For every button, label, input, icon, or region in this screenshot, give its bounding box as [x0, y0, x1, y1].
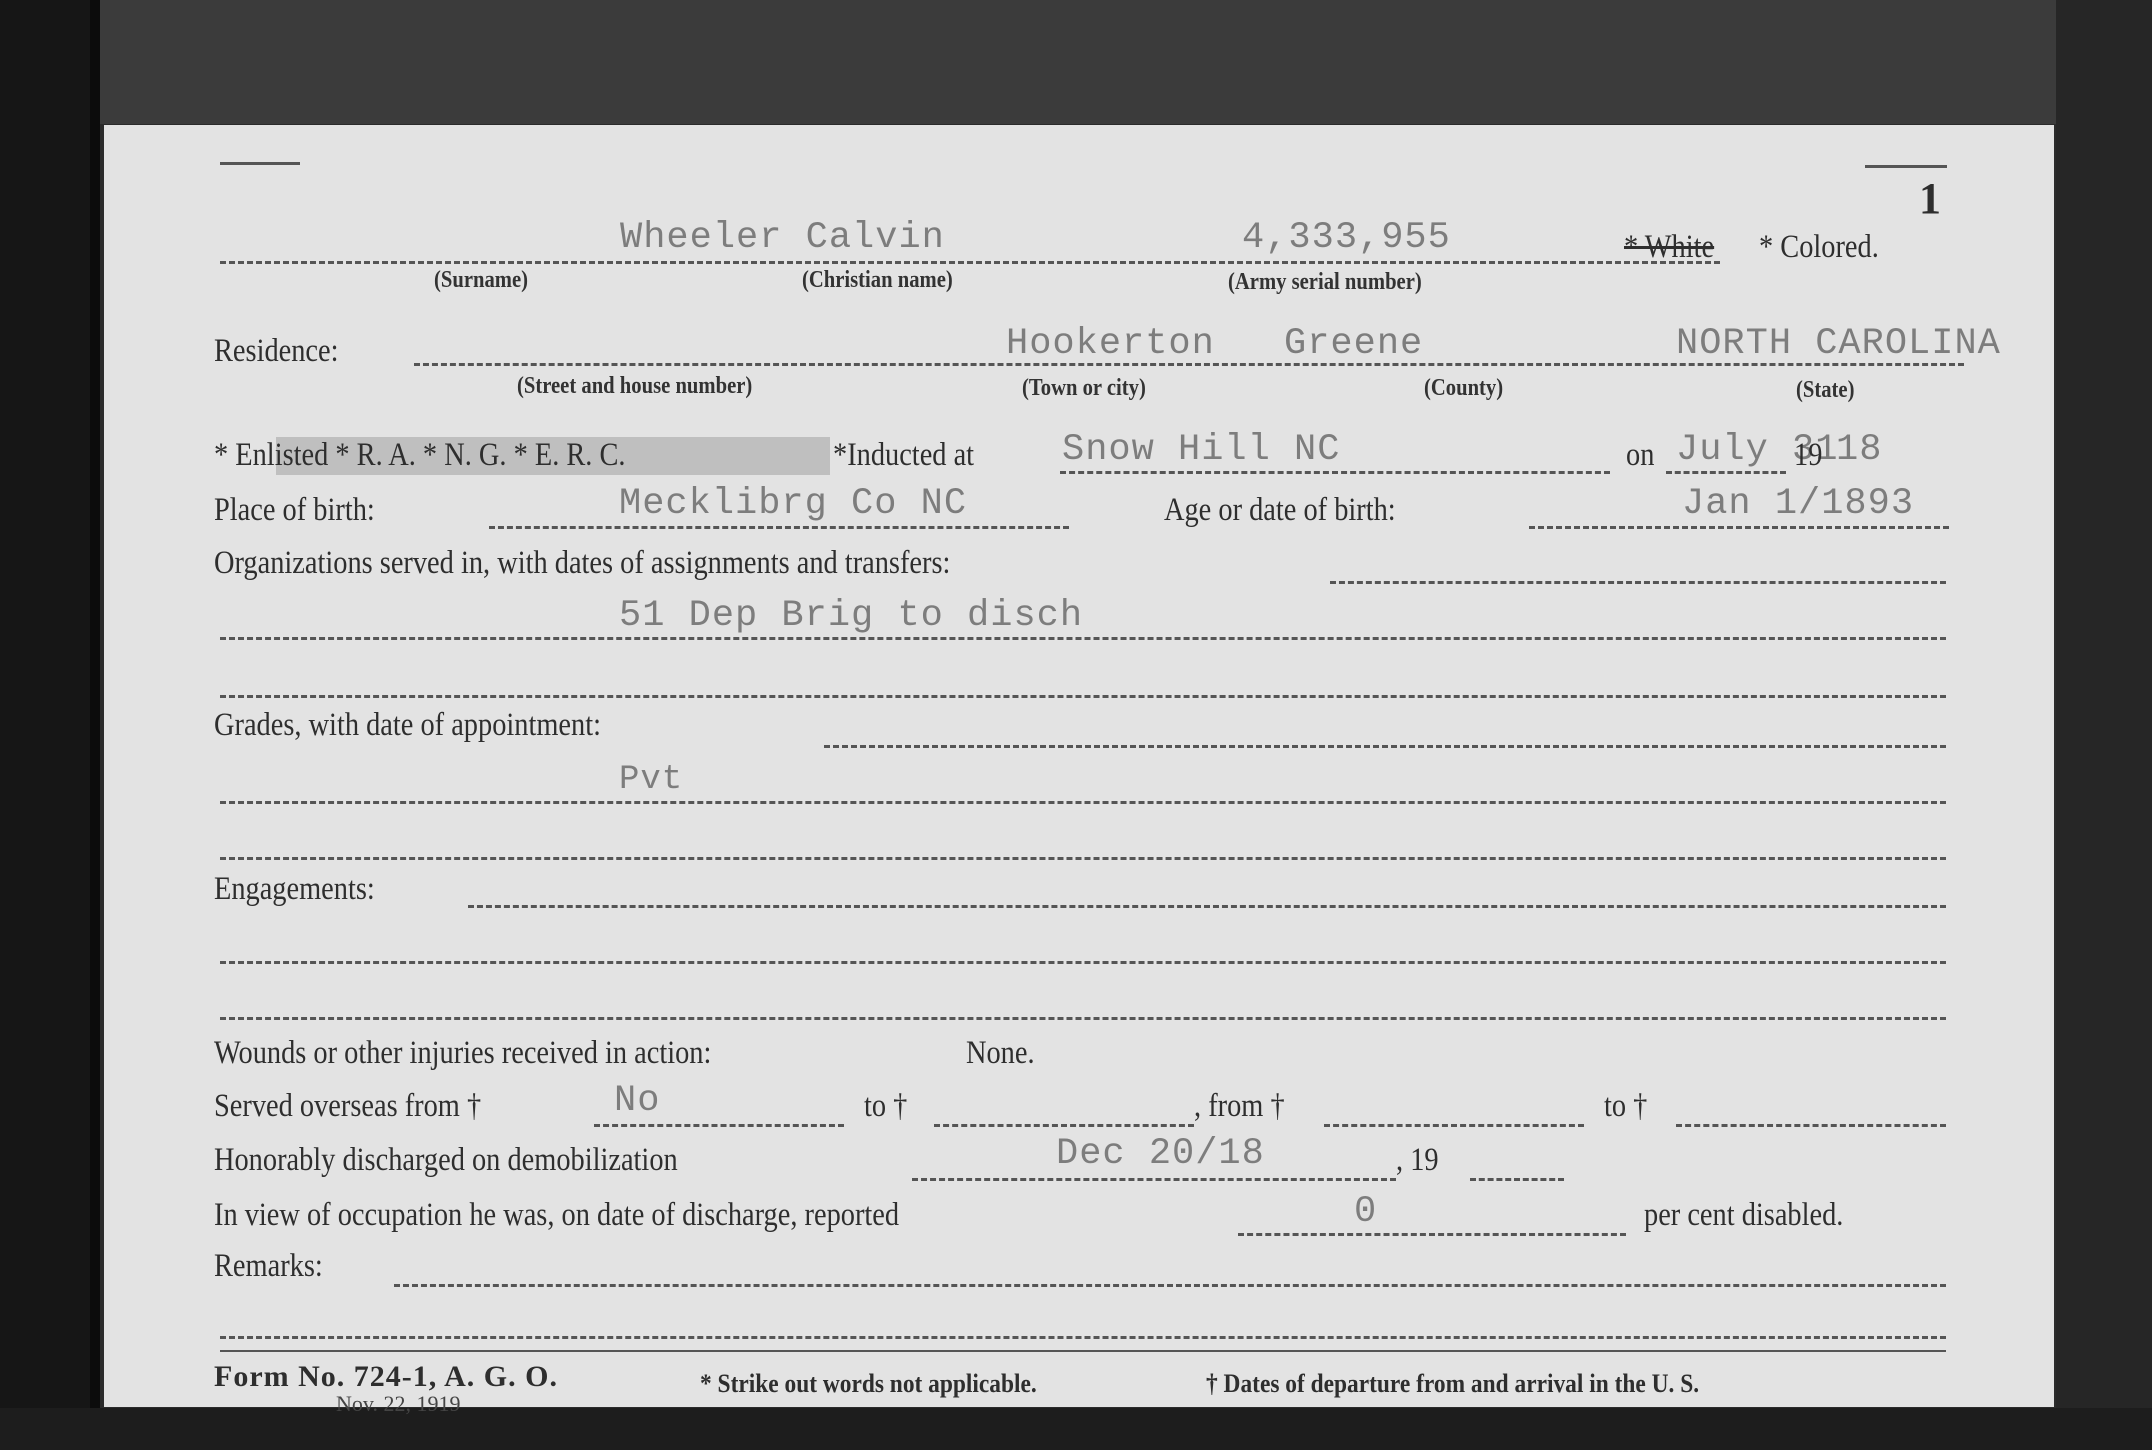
- scanner-background-top: [100, 0, 2056, 124]
- grades-line-1: [824, 745, 1946, 748]
- scanner-background-left: [0, 0, 96, 1450]
- service-record-card: 1 Wheeler Calvin 4,333,955 * White * Col…: [104, 125, 2054, 1407]
- overseas-to2-line: [1676, 1124, 1946, 1127]
- disability-value: 0: [1354, 1191, 1377, 1233]
- disability-line: [1238, 1233, 1626, 1236]
- overseas-label: Served overseas from †: [214, 1088, 481, 1125]
- wounds-label: Wounds or other injuries received in act…: [214, 1035, 711, 1072]
- top-left-rule: [220, 162, 300, 165]
- scanner-background-bottom: [0, 1408, 2152, 1450]
- overseas-from-line: [594, 1124, 844, 1127]
- inducted-year: 18: [1836, 429, 1882, 471]
- birthdate-line: [1529, 526, 1949, 529]
- organizations-line-2: [220, 637, 1946, 640]
- christian-name-label: (Christian name): [802, 267, 953, 294]
- street-label: (Street and house number): [517, 373, 752, 400]
- enlistment-options: * Enlisted * R. A. * N. G. * E. R. C.: [214, 437, 626, 474]
- name-line: [220, 261, 1720, 264]
- grades-line-2: [220, 801, 1946, 804]
- birthdate-value: Jan 1/1893: [1682, 483, 1914, 525]
- grades-label: Grades, with date of appointment:: [214, 707, 601, 744]
- discharge-date: Dec 20/18: [1056, 1133, 1265, 1175]
- state-label: (State): [1796, 377, 1854, 404]
- birthplace-label: Place of birth:: [214, 492, 375, 529]
- overseas-from2-label: , from †: [1194, 1088, 1285, 1125]
- organizations-entry: 51 Dep Brig to disch: [619, 595, 1083, 637]
- scanner-edge-left: [90, 0, 100, 1450]
- organizations-line-1: [1330, 581, 1946, 584]
- residence-label: Residence:: [214, 333, 339, 370]
- birthdate-label: Age or date of birth:: [1164, 492, 1396, 529]
- overseas-from2-line: [1324, 1124, 1584, 1127]
- grades-line-3: [220, 857, 1946, 860]
- county-label: (County): [1424, 375, 1503, 402]
- remarks-line-2: [220, 1336, 1946, 1339]
- top-right-rule: [1865, 165, 1947, 168]
- card-number: 1: [1919, 173, 1941, 224]
- serial-number: 4,333,955: [1242, 217, 1451, 259]
- form-number: Form No. 724-1, A. G. O.: [214, 1360, 558, 1394]
- residence-county: Greene: [1284, 323, 1423, 365]
- engagements-line-1: [468, 905, 1946, 908]
- disability-label: In view of occupation he was, on date of…: [214, 1197, 899, 1234]
- residence-state: NORTH CAROLINA: [1676, 323, 2001, 365]
- form-date: Nov. 22, 1919: [336, 1391, 460, 1417]
- overseas-to2-label: to †: [1604, 1088, 1647, 1125]
- disability-suffix: per cent disabled.: [1644, 1197, 1843, 1234]
- inducted-label: *Inducted at: [833, 437, 974, 474]
- overseas-to-line: [934, 1124, 1194, 1127]
- year-prefix: 19: [1794, 437, 1822, 474]
- footer-rule: [220, 1350, 1946, 1352]
- discharge-year-line: [1470, 1178, 1564, 1181]
- inducted-line: [1060, 471, 1610, 474]
- race-white-struck: * White: [1624, 229, 1714, 266]
- surname-label: (Surname): [434, 267, 528, 294]
- date-line: [1666, 471, 1786, 474]
- engagements-line-2: [220, 961, 1946, 964]
- race-colored: * Colored.: [1759, 229, 1879, 266]
- engagements-label: Engagements:: [214, 871, 375, 908]
- overseas-to-label: to †: [864, 1088, 907, 1125]
- discharge-line: [912, 1178, 1396, 1181]
- organizations-label: Organizations served in, with dates of a…: [214, 545, 950, 582]
- birthplace-line: [489, 526, 1069, 529]
- on-label: on: [1626, 437, 1654, 474]
- organizations-line-3: [220, 695, 1946, 698]
- serial-label: (Army serial number): [1228, 269, 1422, 296]
- inducted-place: Snow Hill NC: [1062, 429, 1340, 471]
- remarks-line-1: [394, 1284, 1946, 1287]
- typed-name: Wheeler Calvin: [620, 217, 945, 259]
- engagements-line-3: [220, 1017, 1946, 1020]
- town-label: (Town or city): [1022, 375, 1146, 402]
- wounds-value: None.: [966, 1035, 1035, 1072]
- discharge-year-label: , 19: [1396, 1142, 1439, 1179]
- residence-town: Hookerton: [1006, 323, 1215, 365]
- birthplace-value: Mecklibrg Co NC: [619, 483, 967, 525]
- discharge-label: Honorably discharged on demobilization: [214, 1142, 678, 1179]
- scanner-background-right: [2056, 0, 2152, 1450]
- remarks-label: Remarks:: [214, 1248, 323, 1285]
- dates-note: † Dates of departure from and arrival in…: [1206, 1369, 1699, 1399]
- overseas-from-value: No: [614, 1080, 660, 1122]
- grades-entry: Pvt: [619, 761, 683, 799]
- strike-out-note: * Strike out words not applicable.: [700, 1369, 1037, 1399]
